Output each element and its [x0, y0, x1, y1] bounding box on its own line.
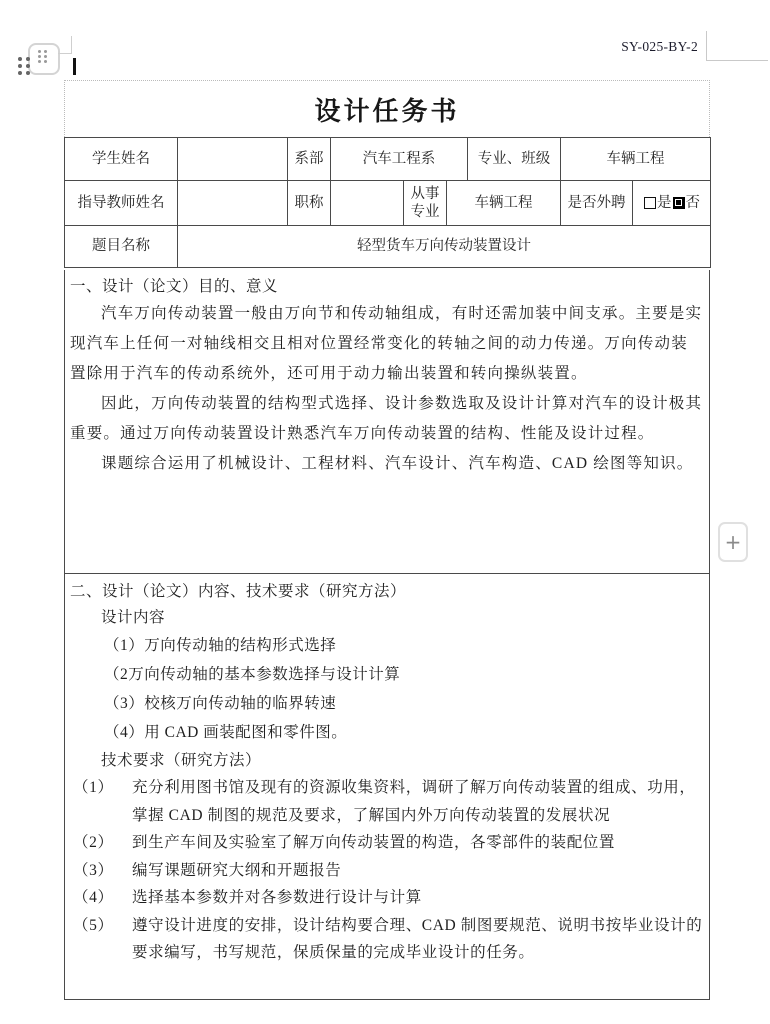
section1-heading: 一、设计（论文）目的、意义 — [70, 274, 704, 299]
requirement-text: 遵守设计进度的安排，设计结构要合理、CAD 制图要规范、说明书按毕业设计的要求编… — [132, 917, 702, 962]
rank-cell[interactable] — [331, 181, 404, 226]
drag-handle-dots-icon[interactable] — [18, 57, 30, 75]
info-table: 学生姓名 系部 汽车工程系 专业、班级 车辆工程 指导教师姓名 职称 从事专业 … — [64, 137, 711, 268]
requirements-label: 技术要求（研究方法） — [70, 747, 704, 774]
content-item: （1）万向传动轴的结构形式选择 — [70, 631, 704, 660]
doc-code: SY-025-BY-2 — [621, 39, 698, 55]
student-name-label: 学生姓名 — [65, 138, 178, 181]
section1-paragraph: 汽车万向传动装置一般由万向节和传动轴组成，有时还需加装中间支承。主要是实现汽车上… — [70, 299, 704, 389]
document-page: SY-025-BY-2 设计任务书 学生姓名 系部 汽车工程系 专业、班级 车辆… — [0, 0, 770, 1024]
requirement-number: （4） — [73, 884, 114, 912]
requirement-text: 到生产车间及实验室了解万向传动装置的构造，各零部件的装配位置 — [132, 834, 615, 851]
section-purpose: 一、设计（论文）目的、意义 汽车万向传动装置一般由万向节和传动轴组成，有时还需加… — [64, 270, 710, 573]
advisor-name-cell[interactable] — [178, 181, 288, 226]
checkbox-no-checked-icon — [673, 197, 685, 209]
section-content-requirements: 二、设计（论文）内容、技术要求（研究方法） 设计内容 （1）万向传动轴的结构形式… — [64, 573, 710, 1000]
section1-paragraph: 因此，万向传动装置的结构型式选择、设计参数选取及设计计算对汽车的设计极其重要。通… — [70, 389, 704, 449]
content-item: （3）校核万向传动轴的临界转速 — [70, 689, 704, 718]
plus-icon: + — [725, 530, 742, 554]
major-class-value: 车辆工程 — [561, 138, 711, 181]
requirement-item: （3） 编写课题研究大纲和开题报告 — [70, 857, 704, 885]
section1-paragraph: 课题综合运用了机械设计、工程材料、汽车设计、汽车构造、CAD 绘图等知识。 — [70, 449, 704, 479]
add-page-button[interactable]: + — [718, 522, 748, 562]
section2-heading: 二、设计（论文）内容、技术要求（研究方法） — [70, 579, 704, 604]
requirement-text: 编写课题研究大纲和开题报告 — [132, 862, 341, 879]
topic-value: 轻型货车万向传动装置设计 — [178, 226, 711, 268]
external-no-label: 否 — [686, 195, 701, 211]
anchor-dots-icon — [38, 50, 47, 63]
advisor-name-label: 指导教师姓名 — [65, 181, 178, 226]
header-margin-marker-vertical — [706, 31, 707, 60]
requirement-text: 充分利用图书馆及现有的资源收集资料，调研了解万向传动装置的组成、功用，掌握 CA… — [132, 779, 696, 824]
requirement-number: （5） — [73, 912, 114, 940]
requirement-number: （2） — [73, 829, 114, 857]
student-name-cell[interactable] — [178, 138, 288, 181]
title-box: 设计任务书 — [64, 80, 710, 137]
department-value: 汽车工程系 — [331, 138, 468, 181]
page-title: 设计任务书 — [314, 91, 459, 128]
requirement-item: （5） 遵守设计进度的安排，设计结构要合理、CAD 制图要规范、说明书按毕业设计… — [70, 912, 704, 967]
engaged-major-label: 从事专业 — [404, 181, 447, 226]
requirement-item: （2） 到生产车间及实验室了解万向传动装置的构造，各零部件的装配位置 — [70, 829, 704, 857]
requirement-number: （3） — [73, 857, 114, 885]
external-yes-label: 是 — [657, 195, 672, 211]
drag-anchor-icon[interactable] — [28, 43, 60, 75]
design-content-label: 设计内容 — [70, 604, 704, 631]
text-cursor — [73, 58, 76, 75]
content-item: （2万向传动轴的基本参数选择与设计计算 — [70, 660, 704, 689]
major-class-label: 专业、班级 — [468, 138, 561, 181]
department-label: 系部 — [288, 138, 331, 181]
header-margin-marker-horizontal — [706, 60, 768, 61]
content-item: （4）用 CAD 画装配图和零件图。 — [70, 718, 704, 747]
requirement-number: （1） — [73, 774, 114, 802]
requirement-item: （4） 选择基本参数并对各参数进行设计与计算 — [70, 884, 704, 912]
rank-label: 职称 — [288, 181, 331, 226]
anchor-connector-line-vertical — [71, 36, 72, 54]
topic-label: 题目名称 — [65, 226, 178, 268]
anchor-connector-line — [58, 53, 72, 54]
external-hire-cell: 是否 — [633, 181, 711, 226]
requirement-item: （1） 充分利用图书馆及现有的资源收集资料，调研了解万向传动装置的组成、功用，掌… — [70, 774, 704, 829]
requirement-text: 选择基本参数并对各参数进行设计与计算 — [132, 889, 422, 906]
external-hire-label: 是否外聘 — [561, 181, 633, 226]
engaged-major-value: 车辆工程 — [447, 181, 561, 226]
checkbox-yes-icon — [644, 197, 656, 209]
